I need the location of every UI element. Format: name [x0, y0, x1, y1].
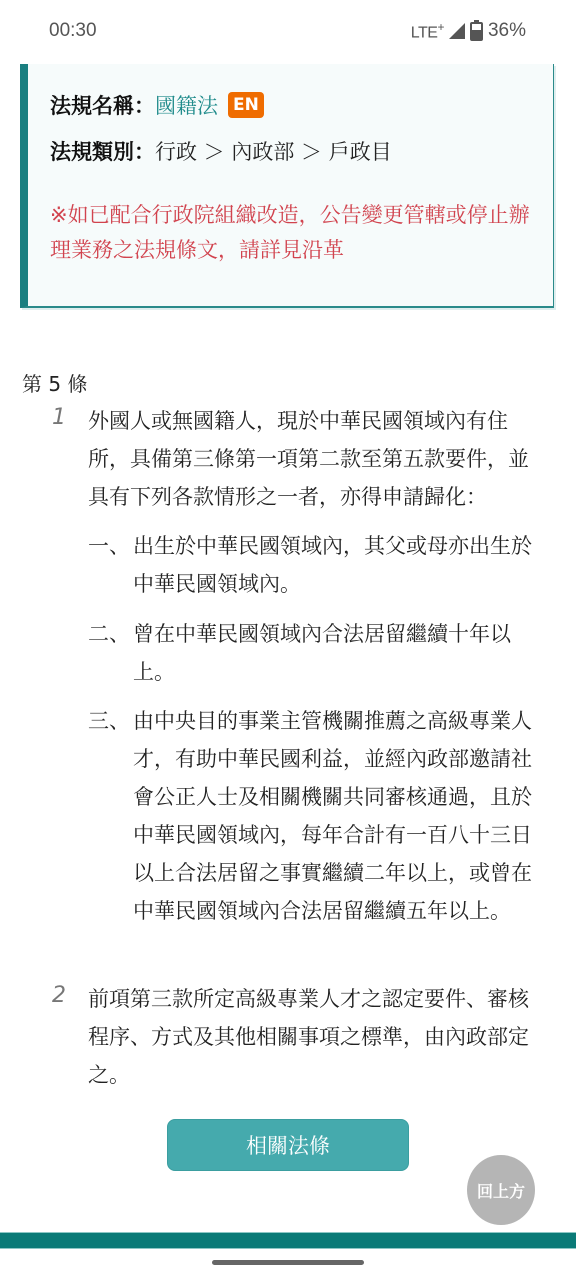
- item-text: 由中央目的事業主管機關推薦之高級專業人才，有助中華民國利益，並經內政部邀請社會公…: [133, 702, 543, 930]
- status-icons: LTE+ 36%: [411, 20, 526, 42]
- signal-icon: [449, 23, 465, 39]
- paragraph-text: 外國人或無國籍人，現於中華民國領域內有住所，具備第三條第一項第二款至第五款要件，…: [88, 402, 540, 516]
- article-title: 第 5 條: [22, 368, 87, 397]
- paragraph-number: 1: [52, 405, 66, 430]
- battery-level: 36%: [488, 20, 526, 42]
- list-item: 二、 曾在中華民國領域內合法居留繼續十年以上。: [88, 615, 540, 691]
- network-type: LTE+: [411, 20, 444, 42]
- related-articles-button[interactable]: 相關法條: [167, 1119, 409, 1171]
- item-mark: 二、: [88, 615, 130, 653]
- law-category-label: 法規類別：: [50, 136, 155, 166]
- law-category-row: 法規類別： 行政 ＞ 內政部 ＞ 戶政目: [50, 136, 392, 166]
- law-name-link[interactable]: 國籍法: [155, 90, 218, 120]
- item-mark: 三、: [88, 702, 130, 740]
- item-text: 曾在中華民國領域內合法居留繼續十年以上。: [133, 615, 543, 691]
- law-name-label: 法規名稱：: [50, 90, 155, 120]
- reorganization-notice: ※如已配合行政院組織改造，公告變更管轄或停止辦理業務之法規條文，請詳見沿革: [50, 198, 550, 268]
- battery-icon: [470, 22, 483, 41]
- network-label: LTE: [411, 24, 438, 41]
- paragraph-text: 前項第三款所定高級專業人才之認定要件、審核程序、方式及其他相關事項之標準，由內政…: [88, 980, 540, 1094]
- back-to-top-button[interactable]: 回上方: [467, 1155, 535, 1225]
- home-indicator[interactable]: [212, 1260, 364, 1265]
- item-text: 出生於中華民國領域內，其父或母亦出生於中華民國領域內。: [133, 527, 543, 603]
- law-info-box: 法規名稱： 國籍法 EN 法規類別： 行政 ＞ 內政部 ＞ 戶政目 ※如已配合行…: [20, 64, 554, 308]
- list-item: 一、 出生於中華民國領域內，其父或母亦出生於中華民國領域內。: [88, 527, 540, 603]
- status-bar: 00:30 LTE+ 36%: [0, 0, 576, 64]
- status-time: 00:30: [49, 20, 97, 42]
- item-mark: 一、: [88, 527, 130, 565]
- paragraph-number: 2: [52, 983, 66, 1008]
- footer-bar: [0, 1232, 576, 1249]
- law-name-row: 法規名稱： 國籍法 EN: [50, 90, 264, 120]
- network-sup: +: [437, 20, 444, 34]
- english-version-badge[interactable]: EN: [228, 92, 264, 118]
- law-category-value: 行政 ＞ 內政部 ＞ 戶政目: [155, 136, 392, 166]
- list-item: 三、 由中央目的事業主管機關推薦之高級專業人才，有助中華民國利益，並經內政部邀請…: [88, 702, 540, 968]
